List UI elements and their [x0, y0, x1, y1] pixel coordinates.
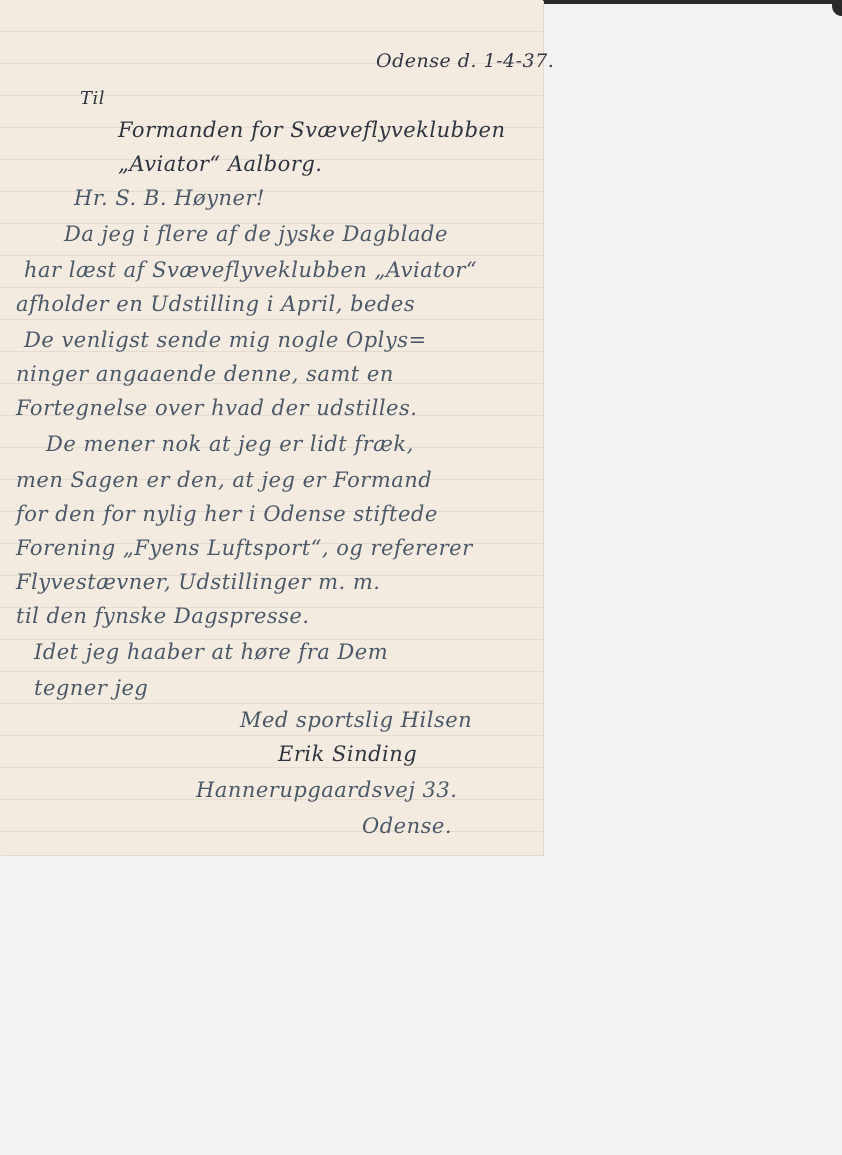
closing: Med sportslig Hilsen: [240, 708, 472, 732]
recipient-line-1: Formanden for Svæveflyveklubben: [118, 118, 506, 142]
body-line: De venligst sende mig nogle Oplys=: [24, 328, 427, 352]
body-line: har læst af Svæveflyveklubben „Aviator“: [24, 258, 477, 282]
salutation-to: Til: [80, 88, 105, 109]
recipient-line-2: „Aviator“ Aalborg.: [118, 152, 322, 176]
scanner-corner: [832, 0, 842, 16]
body-line: tegner jeg: [34, 676, 148, 700]
address-line-2: Odense.: [362, 814, 452, 838]
body-line: til den fynske Dagspresse.: [16, 604, 310, 628]
body-line: ninger angaaende denne, samt en: [16, 362, 394, 386]
body-line: Fortegnelse over hvad der udstilles.: [16, 396, 417, 420]
body-line: Da jeg i flere af de jyske Dagblade: [64, 222, 448, 246]
address-line-1: Hannerupgaardsvej 33.: [196, 778, 457, 802]
handwritten-letter: Odense d. 1-4-37. Til Formanden for Svæv…: [0, 0, 543, 855]
scanner-edge: [543, 0, 842, 4]
body-line: for den for nylig her i Odense stiftede: [16, 502, 438, 526]
place-date: Odense d. 1-4-37.: [376, 50, 554, 72]
body-line: Forening „Fyens Luftsport“, og refererer: [16, 536, 473, 560]
signature: Erik Sinding: [278, 742, 417, 766]
greeting: Hr. S. B. Høyner!: [74, 186, 265, 210]
body-line: Flyvestævner, Udstillinger m. m.: [16, 570, 380, 594]
body-line: men Sagen er den, at jeg er Formand: [16, 468, 432, 492]
body-line: afholder en Udstilling i April, bedes: [16, 292, 415, 316]
body-line: Idet jeg haaber at høre fra Dem: [34, 640, 388, 664]
body-line: De mener nok at jeg er lidt fræk,: [46, 432, 414, 456]
